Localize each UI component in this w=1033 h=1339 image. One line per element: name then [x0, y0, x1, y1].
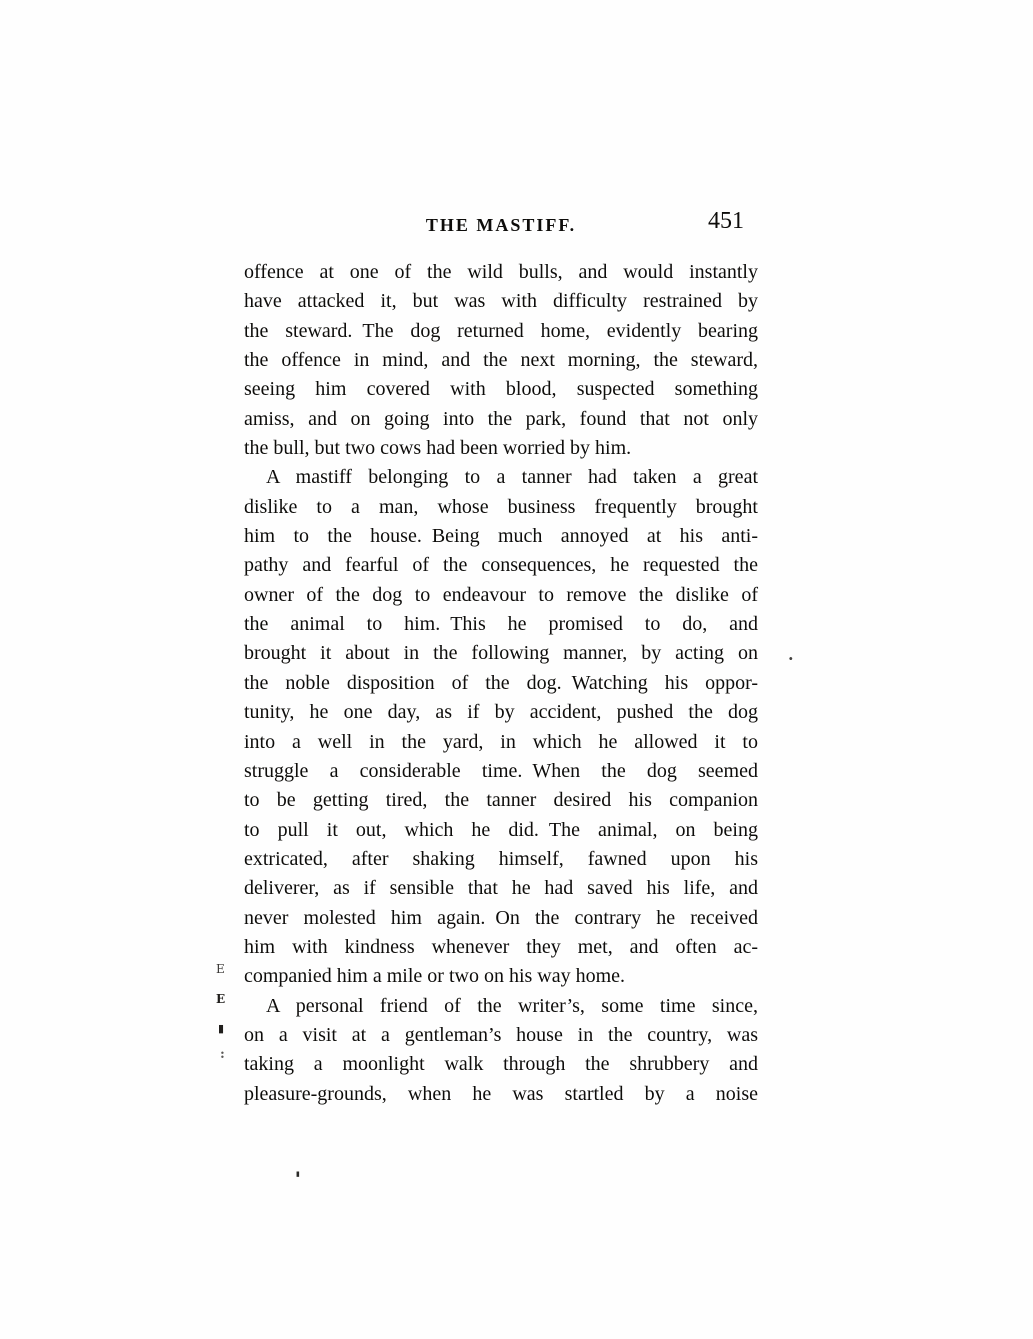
text-line: taking a moonlight walk through the shru… [244, 1050, 758, 1079]
scan-artifact-mark: E [216, 963, 225, 975]
text-line: amiss, and on going into the park, found… [244, 405, 758, 434]
running-head: THE MASTIFF. 451 [244, 206, 758, 240]
text-line: pathy and fearful of the consequences, h… [244, 551, 758, 580]
text-line: brought it about in the following manner… [244, 639, 758, 668]
text-line: the animal to him. This he promised to d… [244, 610, 758, 639]
text-line: A mastiff belonging to a tanner had take… [244, 463, 758, 492]
text-line: extricated, after shaking himself, fawne… [244, 845, 758, 874]
text-line: pleasure-grounds, when he was startled b… [244, 1080, 758, 1109]
text-line: him with kindness whenever they met, and… [244, 933, 758, 962]
text-block: offence at one of the wild bulls, and wo… [244, 258, 758, 1109]
text-line: owner of the dog to endeavour to remove … [244, 581, 758, 610]
text-line: to pull it out, which he did. The animal… [244, 816, 758, 845]
scan-artifact-mark: · [788, 651, 794, 667]
text-line: dislike to a man, whose business frequen… [244, 493, 758, 522]
text-line: the steward. The dog returned home, evid… [244, 317, 758, 346]
book-page: THE MASTIFF. 451 offence at one of the w… [0, 0, 1033, 1339]
text-line: deliverer, as if sensible that he had sa… [244, 874, 758, 903]
scan-artifact-mark: : [220, 1048, 225, 1061]
page-number: 451 [708, 208, 744, 235]
paragraph: A mastiff belonging to a tanner had take… [244, 463, 758, 991]
text-line: seeing him covered with blood, suspected… [244, 375, 758, 404]
paragraph: A personal friend of the writer’s, some … [244, 992, 758, 1109]
text-line: have attacked it, but was with difficult… [244, 287, 758, 316]
text-line: him to the house. Being much annoyed at … [244, 522, 758, 551]
text-line: struggle a considerable time. When the d… [244, 757, 758, 786]
text-line: companied him a mile or two on his way h… [244, 962, 758, 991]
running-title: THE MASTIFF. [244, 215, 758, 236]
text-line: the noble disposition of the dog. Watchi… [244, 669, 758, 698]
scan-artifact-mark: ▮ [218, 1023, 224, 1034]
text-line: on a visit at a gentleman’s house in the… [244, 1021, 758, 1050]
paragraph: offence at one of the wild bulls, and wo… [244, 258, 758, 463]
text-line: the offence in mind, and the next mornin… [244, 346, 758, 375]
text-line: the bull, but two cows had been worried … [244, 434, 758, 463]
text-line: never molested him again. On the contrar… [244, 904, 758, 933]
text-line: to be getting tired, the tanner desired … [244, 786, 758, 815]
text-line: into a well in the yard, in which he all… [244, 728, 758, 757]
text-line: A personal friend of the writer’s, some … [244, 992, 758, 1021]
text-line: offence at one of the wild bulls, and wo… [244, 258, 758, 287]
text-line: tunity, he one day, as if by accident, p… [244, 698, 758, 727]
scan-artifact-mark: E [216, 993, 225, 1005]
scan-artifact-mark: ▮ [296, 1171, 300, 1178]
